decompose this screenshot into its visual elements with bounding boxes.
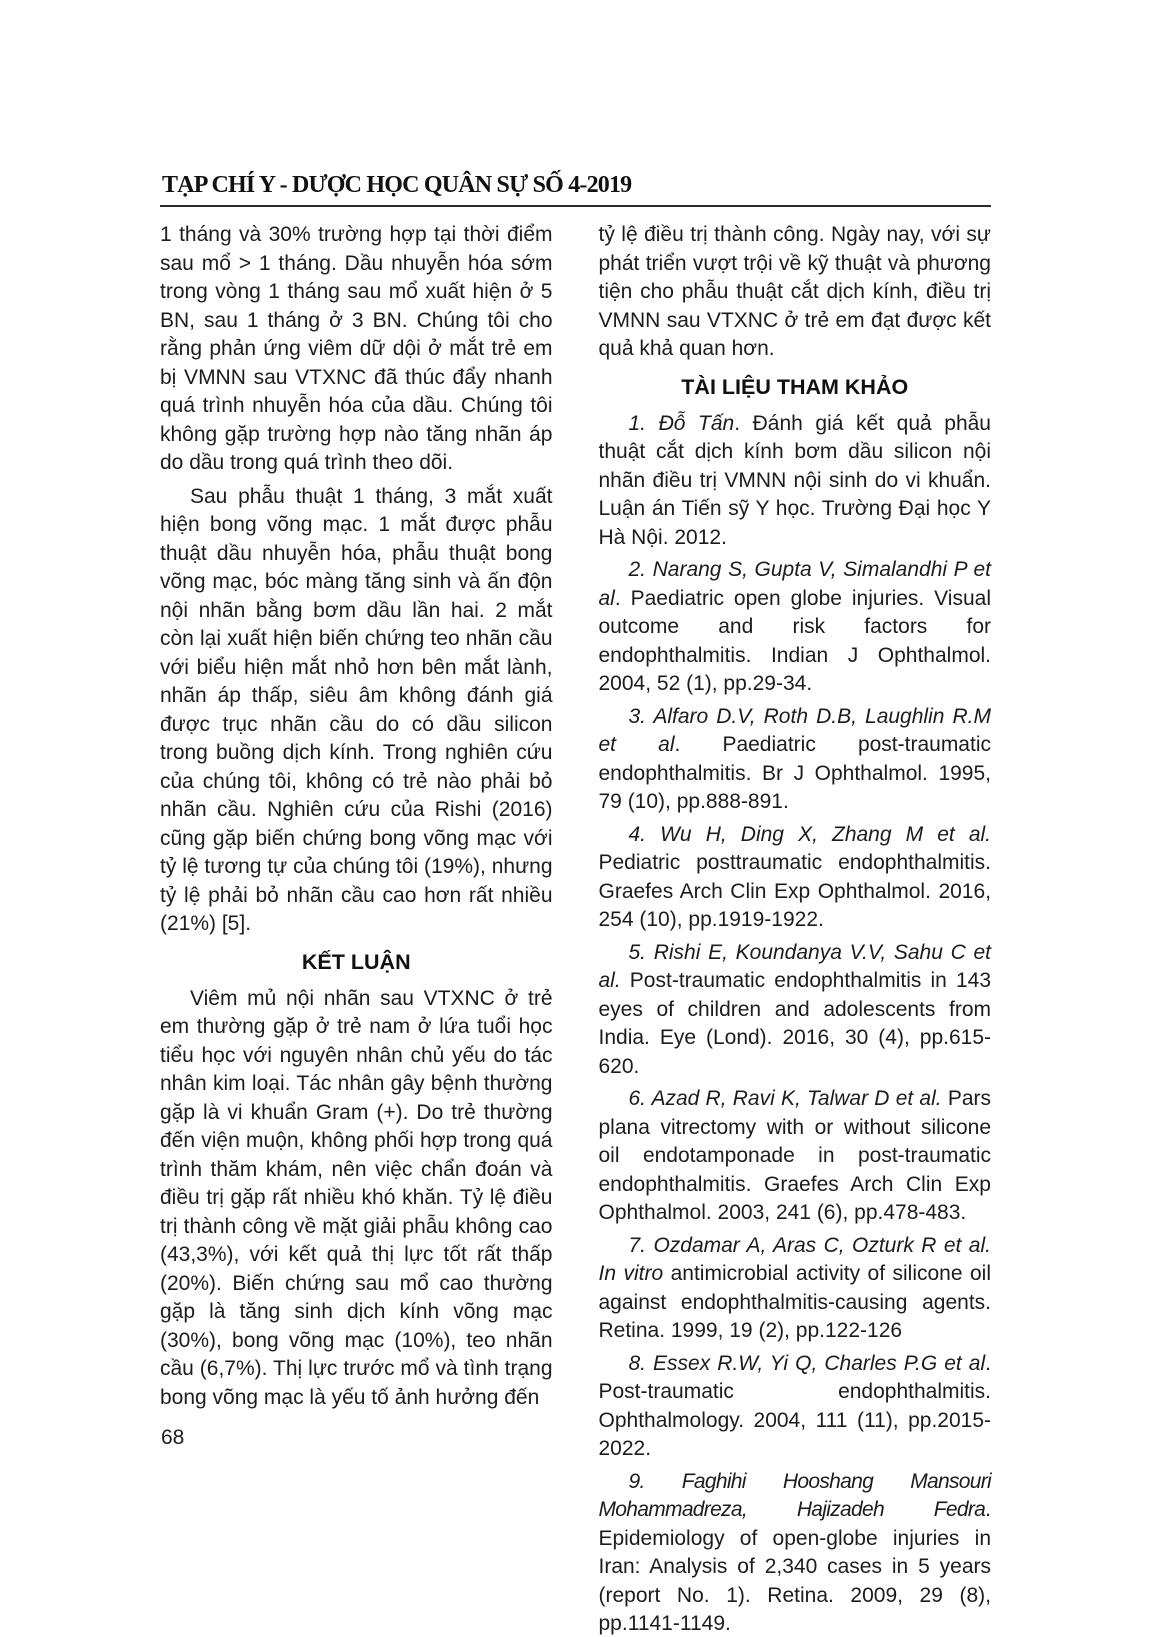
reference-text: Pediatric posttraumatic endophthalmitis.… bbox=[599, 851, 992, 931]
reference-item: 1. Đỗ Tấn. Đánh giá kết quả phẫu thuật c… bbox=[599, 410, 992, 553]
body-paragraph: 1 tháng và 30% trường hợp tại thời điểm … bbox=[160, 221, 553, 478]
reference-item: 6. Azad R, Ravi K, Talwar D et al. Pars … bbox=[599, 1085, 992, 1228]
reference-item: 2. Narang S, Gupta V, Simalandhi P et al… bbox=[599, 556, 992, 699]
reference-item: 4. Wu H, Ding X, Zhang M et al. Pediatri… bbox=[599, 821, 992, 935]
reference-item: 3. Alfaro D.V, Roth D.B, Laughlin R.M et… bbox=[599, 703, 992, 817]
reference-text: Post-traumatic endophthalmitis in 143 ey… bbox=[599, 969, 992, 1078]
reference-item: 8. Essex R.W, Yi Q, Charles P.G et al. P… bbox=[599, 1350, 992, 1464]
two-column-layout: 1 tháng và 30% trường hợp tại thời điểm … bbox=[160, 221, 991, 1637]
right-column: tỷ lệ điều trị thành công. Ngày nay, với… bbox=[599, 221, 992, 1637]
references-heading: TÀI LIỆU THAM KHẢO bbox=[599, 372, 992, 402]
page-number: 68 bbox=[161, 1424, 184, 1452]
journal-header: TẠP CHÍ Y - DƯỢC HỌC QUÂN SỰ SỐ 4-2019 bbox=[162, 172, 991, 205]
reference-authors: 6. Azad R, Ravi K, Talwar D et al. bbox=[629, 1087, 942, 1110]
reference-text: . Paediatric open globe injuries. Visual… bbox=[599, 587, 992, 696]
journal-page: TẠP CHÍ Y - DƯỢC HỌC QUÂN SỰ SỐ 4-2019 1… bbox=[0, 0, 1157, 1637]
left-column: 1 tháng và 30% trường hợp tại thời điểm … bbox=[160, 221, 553, 1637]
reference-item: 7. Ozdamar A, Aras C, Ozturk R et al. In… bbox=[599, 1232, 992, 1346]
reference-item: 9. Faghihi Hooshang Mansouri Mohammadrez… bbox=[599, 1468, 992, 1637]
body-paragraph: tỷ lệ điều trị thành công. Ngày nay, với… bbox=[599, 221, 992, 364]
reference-authors: 4. Wu H, Ding X, Zhang M et al. bbox=[629, 823, 992, 846]
body-paragraph: Sau phẫu thuật 1 tháng, 3 mắt xuất hiện … bbox=[160, 483, 553, 939]
conclusion-heading: KẾT LUẬN bbox=[160, 947, 553, 977]
reference-authors: 8. Essex R.W, Yi Q, Charles P.G et al bbox=[629, 1352, 986, 1375]
body-paragraph: Viêm mủ nội nhãn sau VTXNC ở trẻ em thườ… bbox=[160, 985, 553, 1413]
reference-item: 5. Rishi E, Koundanya V.V, Sahu C et al.… bbox=[599, 939, 992, 1082]
page-content: TẠP CHÍ Y - DƯỢC HỌC QUÂN SỰ SỐ 4-2019 1… bbox=[160, 172, 991, 1637]
reference-authors: 9. Faghihi Hooshang Mansouri Mohammadrez… bbox=[599, 1470, 992, 1522]
reference-authors: 1. Đỗ Tấn bbox=[629, 412, 735, 435]
header-rule bbox=[160, 205, 991, 207]
